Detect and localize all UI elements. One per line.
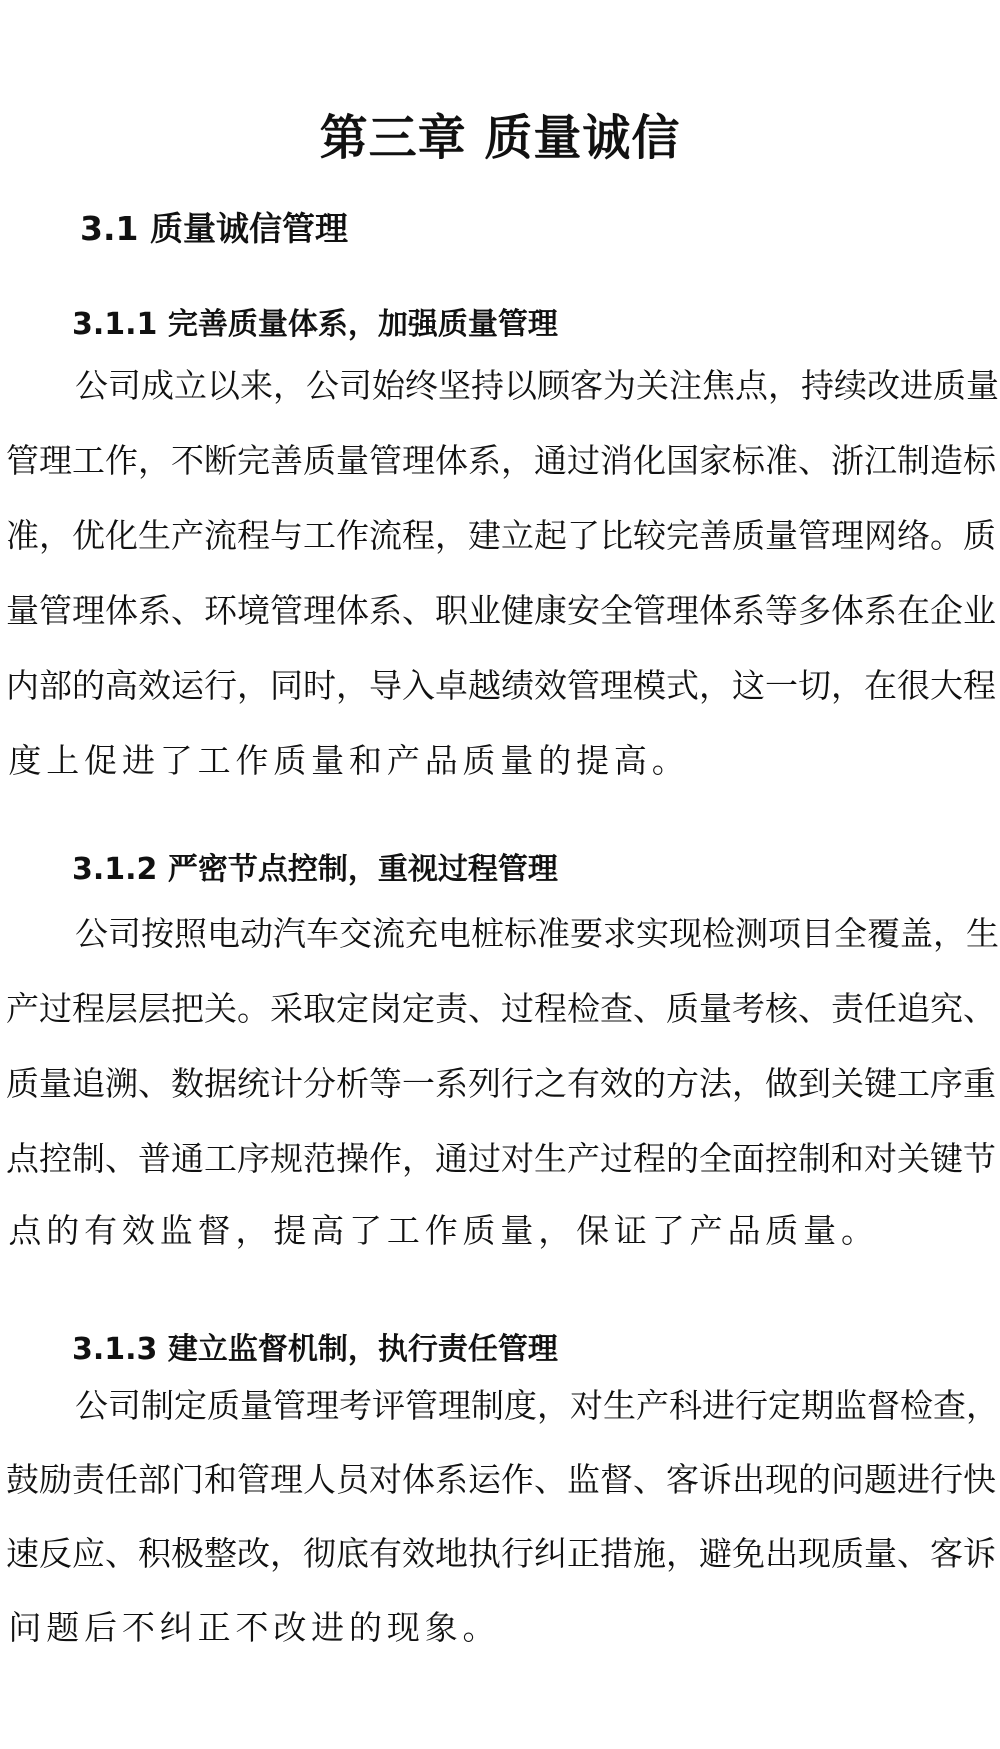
paragraph-line: 公司按照电动汽车交流充电桩标准要求实现检测项目全覆盖，生 <box>75 917 990 950</box>
paragraph-line: 内部的高效运行，同时，导入卓越绩效管理模式，这一切，在很大程 <box>6 669 990 702</box>
paragraph-line: 鼓励责任部门和管理人员对体系运作、监督、客诉出现的问题进行快 <box>6 1463 990 1496</box>
subsection-heading-3-1-3: 3.1.3 建立监督机制，执行责任管理 <box>72 1335 558 1365</box>
paragraph-line: 准，优化生产流程与工作流程，建立起了比较完善质量管理网络。质 <box>6 519 990 552</box>
subsection-heading-3-1-1: 3.1.1 完善质量体系，加强质量管理 <box>72 310 558 340</box>
paragraph-line: 问题后不纠正不改进的现象。 <box>6 1611 990 1644</box>
paragraph-line: 管理工作，不断完善质量管理体系，通过消化国家标准、浙江制造标 <box>6 444 990 477</box>
paragraph-line: 速反应、积极整改，彻底有效地执行纠正措施，避免出现质量、客诉 <box>6 1537 990 1570</box>
subsection-heading-3-1-2: 3.1.2 严密节点控制，重视过程管理 <box>72 855 558 885</box>
paragraph-line: 量管理体系、环境管理体系、职业健康安全管理体系等多体系在企业 <box>6 594 990 627</box>
paragraph-line: 度上促进了工作质量和产品质量的提高。 <box>6 744 990 777</box>
paragraph-line: 点的有效监督，提高了工作质量，保证了产品质量。 <box>6 1214 990 1247</box>
paragraph-line: 公司制定质量管理考评管理制度，对生产科进行定期监督检查， <box>75 1389 990 1422</box>
paragraph-line: 质量追溯、数据统计分析等一系列行之有效的方法，做到关键工序重 <box>6 1067 990 1100</box>
paragraph-line: 点控制、普通工序规范操作，通过对生产过程的全面控制和对关键节 <box>6 1142 990 1175</box>
chapter-title: 第三章 质量诚信 <box>0 114 1000 162</box>
paragraph-line: 产过程层层把关。采取定岗定责、过程检查、质量考核、责任追究、 <box>6 992 990 1025</box>
paragraph-line: 公司成立以来，公司始终坚持以顾客为关注焦点，持续改进质量 <box>75 369 990 402</box>
section-heading: 3.1 质量诚信管理 <box>80 212 348 245</box>
